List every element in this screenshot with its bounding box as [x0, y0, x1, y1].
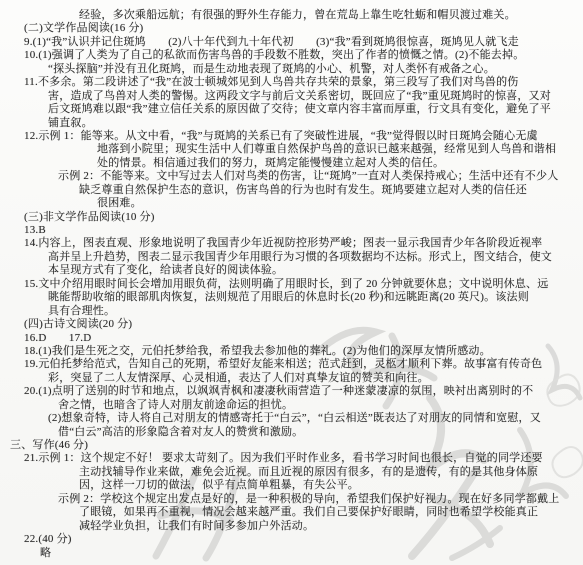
text-line: 缺乏尊重自然保护生态的意识，伤害鸟兽的行为也时有发生。斑鸠要建立起对人类的信任还: [0, 184, 583, 197]
text-line: 略: [0, 547, 583, 560]
text-line: 15.文中介绍用眼时间长会增加用眼负荷，法则明确了用眼时长，到了 20 分钟就要…: [0, 278, 583, 291]
text-line: 21.示例 1：这个规定不好！ 要求太苛刻了。因为我们平时作业多，看书学习时间也…: [0, 452, 583, 465]
text-line: 借“白云”高洁的形象隐含着对友人的赞赏和激励。: [0, 426, 583, 439]
text-line: (四)古诗文阅读(20 分): [0, 318, 583, 331]
text-line: 舍之情，也暗含了诗人对朋友前途命运的担忧。: [0, 399, 583, 412]
text-line: 因，这样一刀切的做法，似乎有点简单粗暴，有失公平。: [0, 479, 583, 492]
text-line: 铺直叙。: [0, 117, 583, 130]
scanned-answer-sheet-page: 经验，多次乘船远航；有很强的野外生存能力，曾在荒岛上靠生吃牡蛎和帽贝渡过难关。(…: [0, 0, 583, 565]
text-line: 11.不多余。第二段讲述了“我”在波士顿城郊见到人鸟兽共存共荣的景象，第三段写了…: [0, 76, 583, 89]
text-line: (三)非文学作品阅读(10 分): [0, 211, 583, 224]
text-line: 22.(40 分): [0, 533, 583, 546]
text-line: 本呈现方式有了变化，给读者良好的阅读体验。: [0, 264, 583, 277]
text-line: 16.D 17.D: [0, 332, 583, 345]
text-line: (2)想象奇特，诗人将自己对朋友的情感寄托于“白云”，“白云相送”既表达了对朋友…: [0, 412, 583, 425]
text-line: 处的情景。相信通过我们的努力，斑鸠定能慢慢建立起对人类的信任。: [0, 157, 583, 170]
text-line: 主动找辅导作业来做，难免会近视。而且近视的原因有很多，有的是遗传，有的是其他身体…: [0, 466, 583, 479]
text-line: 10.(1)强调了人类为了自己的私欲而伤害鸟兽的手段数不胜数，突出了作者的愤慨之…: [0, 49, 583, 62]
text-line: 了眼镜，如果再不重视，情况会越来越严重。我们自己要保护好眼睛，同时也希望学校能真…: [0, 506, 583, 519]
text-line: 三、写作(46 分): [0, 439, 583, 452]
text-line: 12.示例 1：能等来。从文中看，“我”与斑鸠的关系已有了突破性进展，“我”觉得…: [0, 130, 583, 143]
text-line: (二)文学作品阅读(16 分): [0, 22, 583, 35]
text-line: 示例 2：学校这个规定出发点是好的，是一种积极的导向，希望我们保护好视力。现在好…: [0, 493, 583, 506]
text-line: 示例 2：不能等来。文中写过去人们对鸟类的伤害，让“斑鸠”一直对人类保持戒心；生…: [0, 170, 583, 183]
text-line: 19.元伯托梦给范式，告知自己的死期，希望好友能来相送；范式赶到，灵柩才顺利下葬…: [0, 358, 583, 371]
text-line: 高并呈上升趋势，图表二显示我国青少年用眼行为习惯的各项数据均不达标。形式上，图文…: [0, 251, 583, 264]
text-line: 具有合理性。: [0, 305, 583, 318]
text-line: 20.(1)点明了送别的时节和地点，以飒飒青枫和凄凄秋雨营造了一种迷蒙凄凉的氛围…: [0, 385, 583, 398]
text-line: 彩，突显了二人友情深厚、心灵相通，表达了人们对真挚友谊的赞美和向往。: [0, 372, 583, 385]
text-line: 13.B: [0, 224, 583, 237]
text-line: 18.(1)我们是生死之交，元伯托梦给我，希望我去参加他的葬礼。(2)为他们的深…: [0, 345, 583, 358]
text-line: “探头探脑”并没有丑化斑鸠，而是生动地表现了斑鸠的小心、机警，对人类怀有戒备之心…: [0, 63, 583, 76]
text-line: 地落到小院里；现实生活中人们尊重自然保护鸟兽的意识已越来越强，经常见到人鸟兽和谐…: [0, 143, 583, 156]
text-line: 经验，多次乘船远航；有很强的野外生存能力，曾在荒岛上靠生吃牡蛎和帽贝渡过难关。: [0, 9, 583, 22]
text-line: 减轻学业负担，让我们有时间多参加户外活动。: [0, 520, 583, 533]
text-line: 后文斑鸠难以跟“我”建立信任关系的原因做了交待；使文章内容丰富而厚重，行文具有变…: [0, 103, 583, 116]
text-line: 14.内容上，图表直观、形象地说明了我国青少年近视防控形势严峻；图表一显示我国青…: [0, 237, 583, 250]
text-line: 眺能帮助收缩的眼部肌肉恢复，法则规范了用眼后的休息时长(20 秒)和远眺距离(2…: [0, 291, 583, 304]
text-line: 9.(1)“我”认识并记住斑鸠 (2)八十年代到九十年代初 (3)“我”看到斑鸠…: [0, 36, 583, 49]
text-line: 害，造成了鸟兽对人类的警惕。这两段文字与前后文关系密切，既回应了“我”重见斑鸠时…: [0, 90, 583, 103]
text-line: 很困难。: [0, 197, 583, 210]
answer-key-text: 经验，多次乘船远航；有很强的野外生存能力，曾在荒岛上靠生吃牡蛎和帽贝渡过难关。(…: [0, 9, 583, 560]
